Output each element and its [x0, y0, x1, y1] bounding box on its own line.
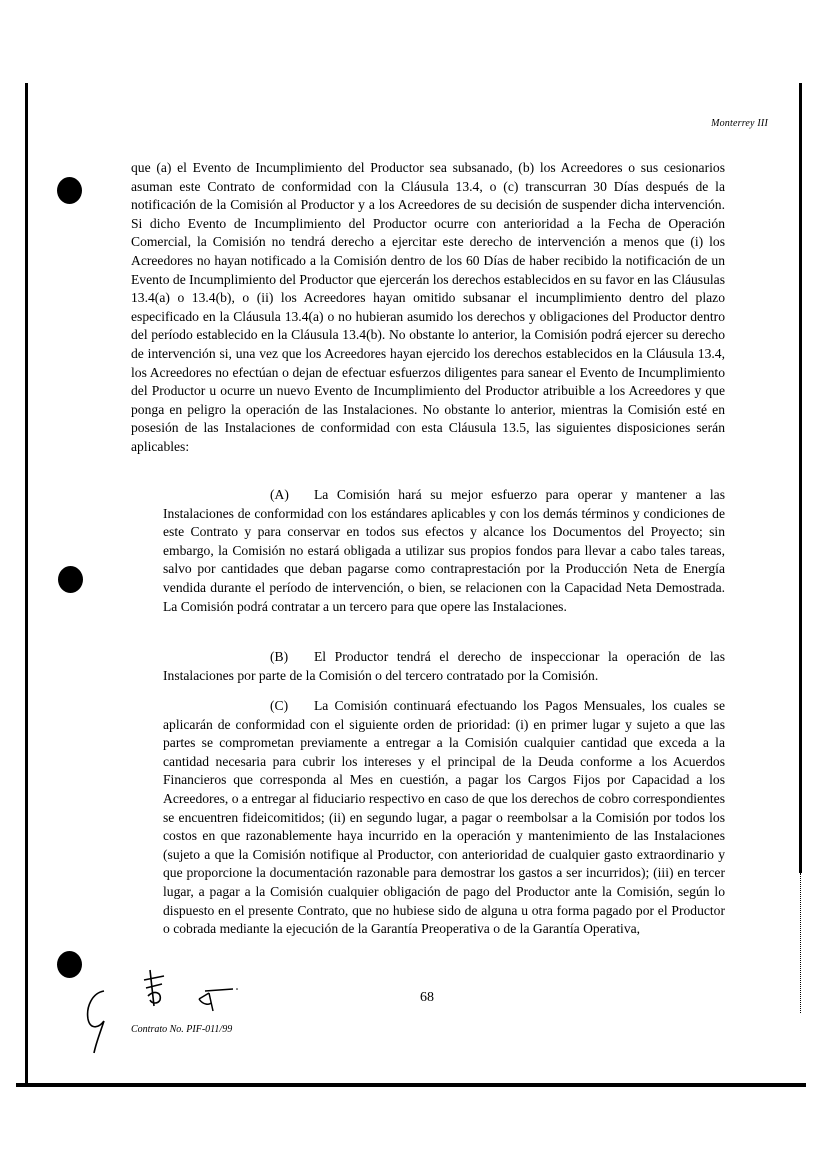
page-border-left [25, 83, 28, 1087]
punch-hole-icon [57, 177, 82, 204]
punch-hole-icon [58, 566, 83, 593]
subsection-label: (B) [270, 648, 314, 667]
page-border-right [799, 83, 802, 873]
subsection-a: (A)La Comisión hará su mejor esfuerzo pa… [163, 486, 725, 616]
punch-hole-icon [57, 951, 82, 978]
page-number: 68 [420, 990, 434, 1006]
subsection-label: (C) [270, 697, 314, 716]
signature-initials-icon [140, 968, 172, 1008]
subsection-b: (B)El Productor tendrá el derecho de ins… [163, 648, 725, 685]
subsection-text: La Comisión continuará efectuando los Pa… [163, 698, 725, 936]
running-header: Monterrey III [711, 118, 768, 129]
signature-initials-icon [195, 985, 239, 1015]
page-border-bottom [16, 1083, 806, 1087]
subsection-text: La Comisión hará su mejor esfuerzo para … [163, 487, 725, 614]
subsection-text: El Productor tendrá el derecho de inspec… [163, 649, 725, 683]
main-paragraph: que (a) el Evento de Incumplimiento del … [131, 159, 725, 457]
subsection-c: (C)La Comisión continuará efectuando los… [163, 697, 725, 939]
contract-number: Contrato No. PIF-011/99 [131, 1024, 232, 1035]
signature-initials-icon [82, 985, 122, 1055]
page-border-right-faded [800, 873, 801, 1013]
subsection-label: (A) [270, 486, 314, 505]
